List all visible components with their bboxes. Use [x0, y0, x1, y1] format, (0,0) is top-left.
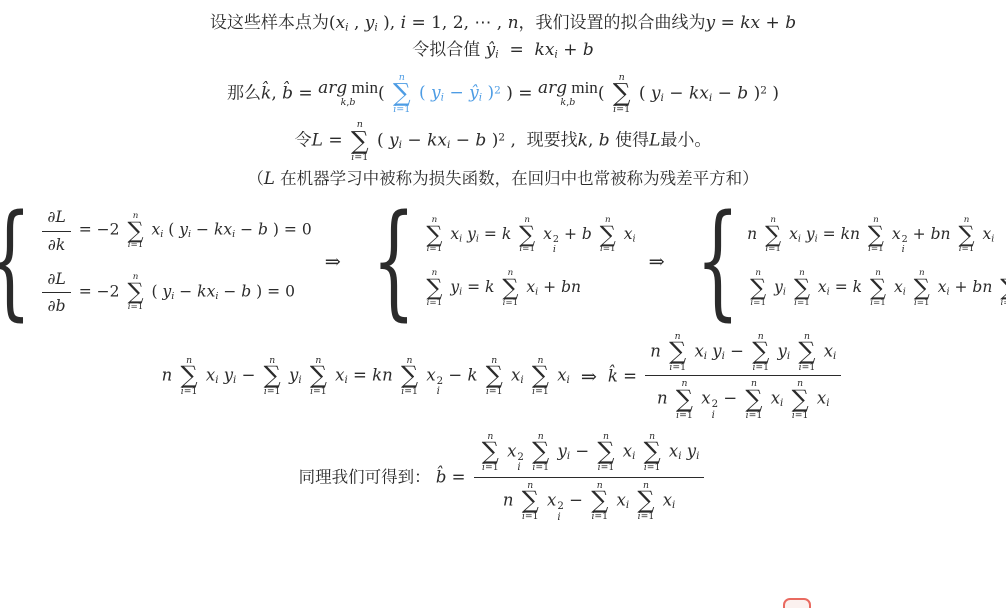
implies-arrow: ⇒ — [581, 365, 597, 388]
partial-db-equation: ∂L∂b = −2 n∑i=1 ( yi − kxi − b ) = 0 — [39, 269, 311, 316]
left-brace: { — [696, 205, 740, 318]
k-solution-row: n n∑i=1 xi yi − n∑i=1 yi n∑i=1 xi = kn n… — [0, 332, 1006, 422]
system-normal-rows: n∑i=1 xi yi = k n∑i=1 x2i + b n∑i=1 xi n… — [423, 216, 635, 307]
k-hat-formula: k̂ = n n∑i=1 xi yi − n∑i=1 yi n∑i=1 xin … — [608, 332, 844, 422]
line-fitted-value-wrap: 令拟合值 ŷi = kxi + b — [0, 39, 1006, 62]
line-argmin-wrap: 那么k̂, b̂ = arg mink,b( n∑i=1 ( yi − ŷi )… — [0, 73, 1006, 115]
implies-arrow: ⇒ — [325, 250, 341, 273]
line-sample-points-wrap: 设这些样本点为(xi , yi ), i = 1, 2, ⋯ , n，我们设置的… — [0, 0, 1006, 35]
system-scaled-rows: n n∑i=1 xi yi = kn n∑i=1 x2i + bn n∑i=1 … — [747, 216, 1006, 307]
implies-arrow: ⇒ — [649, 250, 665, 273]
scaled-equation-2: n∑i=1 yi n∑i=1 xi = k n∑i=1 xi n∑i=1 xi … — [747, 269, 1006, 307]
normal-equation-2: n∑i=1 yi = k n∑i=1 xi + bn — [423, 269, 635, 307]
scaled-equation-1: n n∑i=1 xi yi = kn n∑i=1 x2i + bn n∑i=1 … — [747, 216, 1006, 255]
b-hat-formula: 同理我们可得到： b̂ = n∑i=1 x2i n∑i=1 yi − n∑i=1… — [299, 432, 708, 524]
left-brace: { — [0, 205, 32, 318]
line-loss-definition-wrap: 令L = n∑i=1 ( yi − kxi − b )2 , 现要找k, b 使… — [0, 120, 1006, 162]
b-solution-row: 同理我们可得到： b̂ = n∑i=1 x2i n∑i=1 yi − n∑i=1… — [0, 432, 1006, 524]
clipped-red-icon — [783, 598, 811, 608]
partial-dk-equation: ∂L∂k = −2 n∑i=1 xi ( yi − kxi − b ) = 0 — [39, 207, 311, 254]
line-sample-points: 设这些样本点为(xi , yi ), i = 1, 2, ⋯ , n，我们设置的… — [210, 12, 796, 35]
k-elimination-equation: n n∑i=1 xi yi − n∑i=1 yi n∑i=1 xi = kn n… — [162, 356, 570, 398]
system-scaled-equations: { n n∑i=1 xi yi = kn n∑i=1 x2i + bn n∑i=… — [678, 205, 1006, 318]
line-loss-note: （L 在机器学习中被称为损失函数，在回归中也常被称为残差平方和） — [247, 168, 758, 189]
system-normal-equations: { n∑i=1 xi yi = k n∑i=1 x2i + b n∑i=1 xi… — [354, 205, 636, 318]
left-brace: { — [372, 205, 416, 318]
normal-equation-1: n∑i=1 xi yi = k n∑i=1 x2i + b n∑i=1 xi — [423, 216, 635, 255]
line-fitted-value: 令拟合值 ŷi = kxi + b — [412, 39, 594, 62]
system-partial-derivatives: { ∂L∂k = −2 n∑i=1 xi ( yi − kxi − b ) = … — [0, 205, 312, 318]
line-argmin: 那么k̂, b̂ = arg mink,b( n∑i=1 ( yi − ŷi )… — [227, 73, 779, 115]
system-partial-rows: ∂L∂k = −2 n∑i=1 xi ( yi − kxi − b ) = 0 … — [39, 207, 311, 316]
line-loss-note-wrap: （L 在机器学习中被称为损失函数，在回归中也常被称为残差平方和） — [0, 168, 1006, 189]
derivation-systems-row: { ∂L∂k = −2 n∑i=1 xi ( yi − kxi − b ) = … — [0, 205, 1006, 318]
document-page: 设这些样本点为(xi , yi ), i = 1, 2, ⋯ , n，我们设置的… — [0, 0, 1006, 608]
line-loss-definition: 令L = n∑i=1 ( yi − kxi − b )2 , 现要找k, b 使… — [295, 120, 712, 162]
